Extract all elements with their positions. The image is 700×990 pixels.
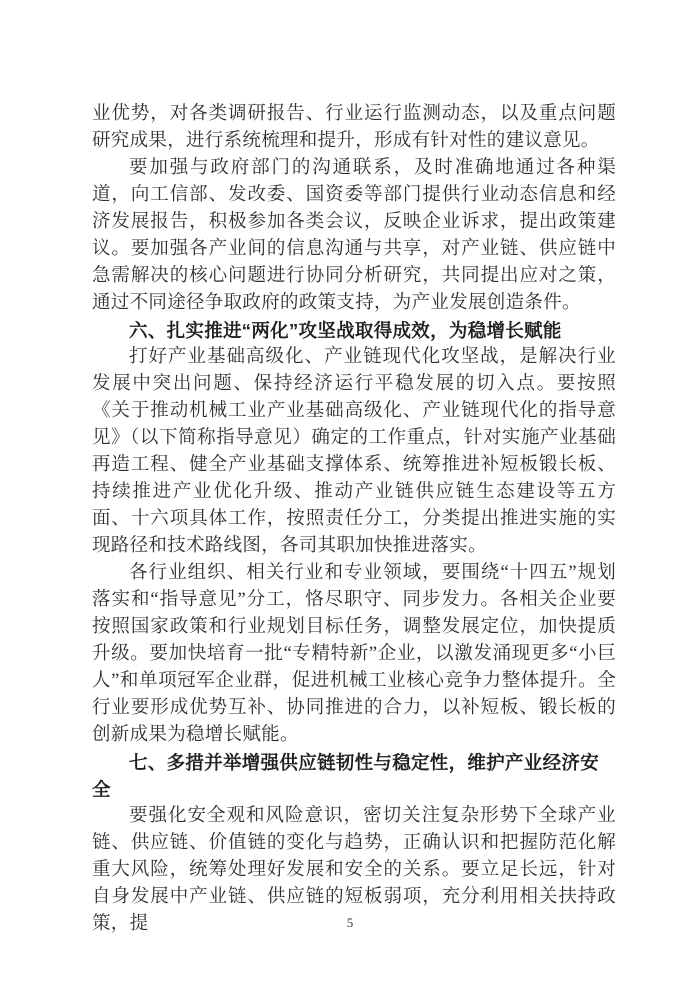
paragraph-continuation: 业优势，对各类调研报告、行业运行监测动态，以及重点问题研究成果，进行系统梳理和提… [92,101,616,155]
document-body: 业优势，对各类调研报告、行业运行监测动态，以及重点问题研究成果，进行系统梳理和提… [92,101,616,938]
document-page: 业优势，对各类调研报告、行业运行监测动态，以及重点问题研究成果，进行系统梳理和提… [0,0,700,990]
section-heading-six: 六、扎实推进“两化”攻坚战取得成效，为稳增长赋能 [92,317,616,344]
page-number: 5 [0,915,700,931]
paragraph-industry-organizations: 各行业组织、相关行业和专业领域，要围绕“十四五”规划落实和“指导意见”分工，恪尽… [92,560,616,749]
section-heading-seven: 七、多措并举增强供应链韧性与稳定性，维护产业经济安全 [92,749,616,803]
paragraph-industrial-base: 打好产业基础高级化、产业链现代化攻坚战，是解决行业发展中突出问题、保持经济运行平… [92,344,616,560]
paragraph-government-liaison: 要加强与政府部门的沟通联系，及时准确地通过各种渠道，向工信部、发改委、国资委等部… [92,155,616,317]
